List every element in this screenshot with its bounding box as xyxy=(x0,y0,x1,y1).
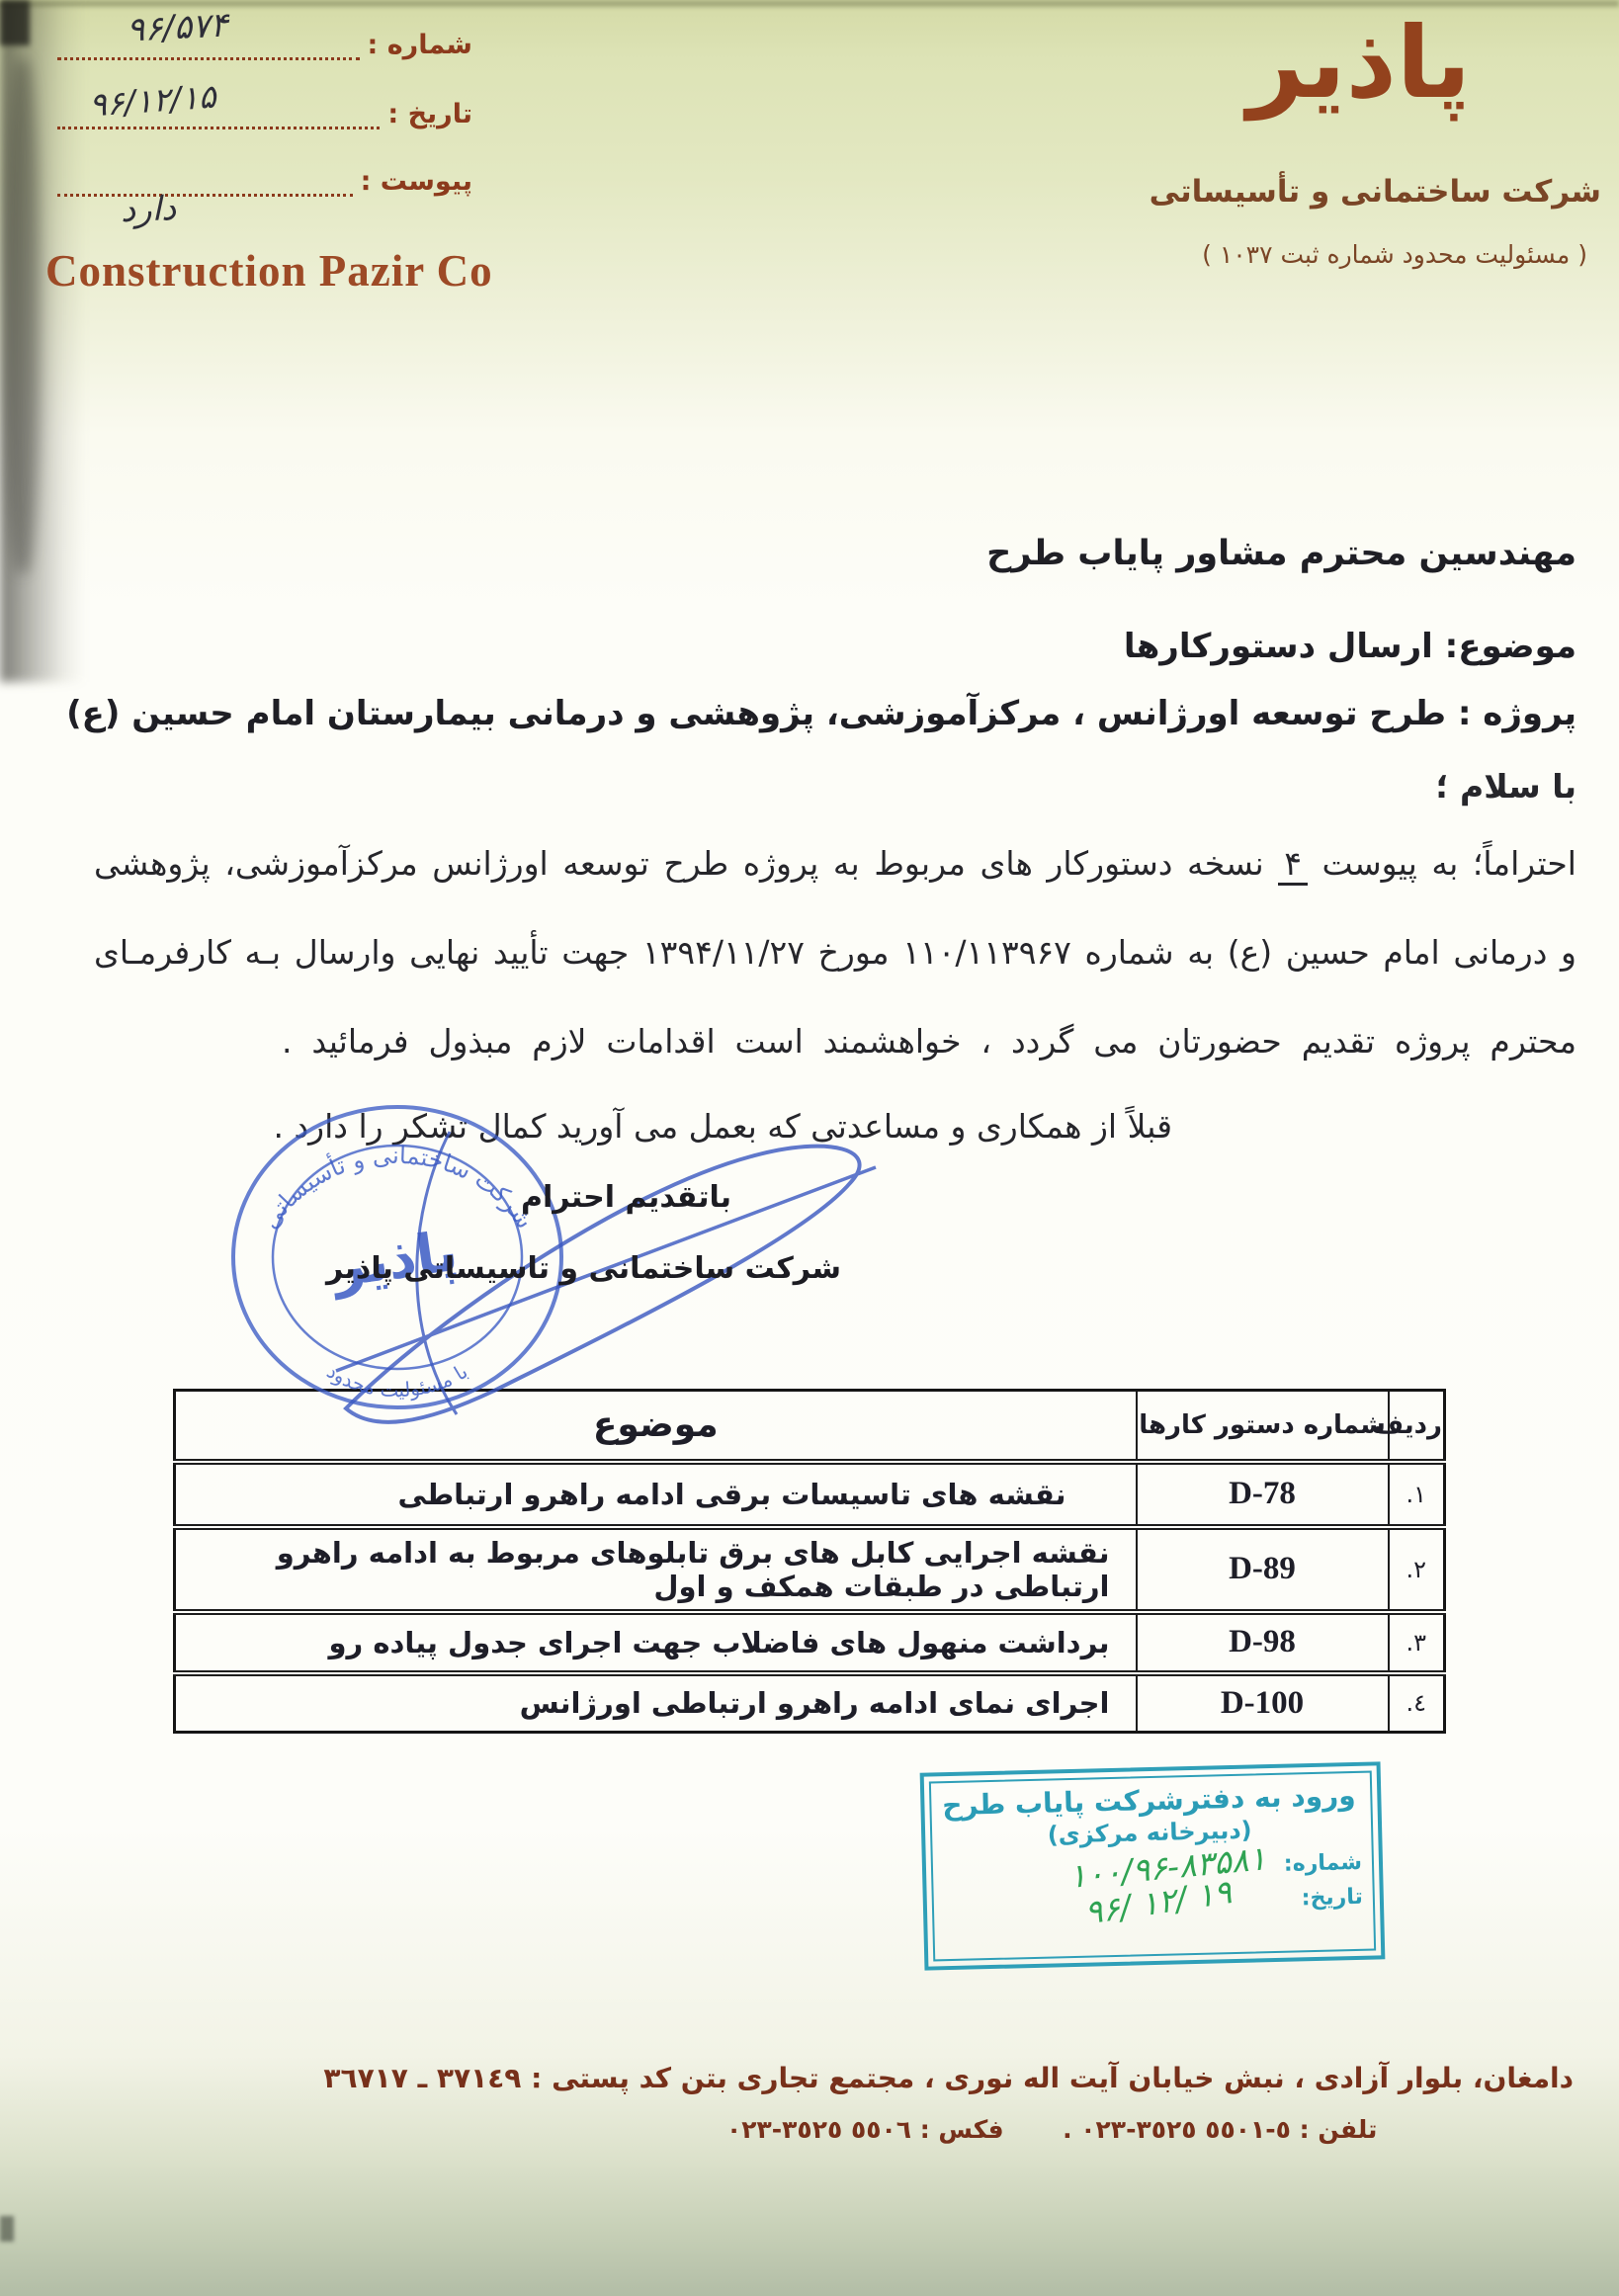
col-header-row-number: ردیف xyxy=(1389,1391,1445,1462)
subject-cell: برداشت منهول های فاضلاب جهت اجرای جدول پ… xyxy=(175,1612,1137,1673)
table-row: ۳. D-98 برداشت منهول های فاضلاب جهت اجرا… xyxy=(175,1612,1445,1673)
receipt-entry-stamp: ورود به دفترشرکت پایاب طرح (دبیرخانه مرک… xyxy=(920,1761,1386,1970)
number-handwritten-value: ۹۶/۵۷۴ xyxy=(126,5,229,49)
receipt-stamp-inner-border: ورود به دفترشرکت پایاب طرح (دبیرخانه مرک… xyxy=(929,1771,1376,1962)
footer-phone: تلفن : ٥-٥٥٠١ ٣٥٢٥-٠٢٣ . xyxy=(1063,2115,1377,2144)
company-logo-farsi: پاذیر xyxy=(1247,14,1471,113)
table-row: ۱. D-78 نقشه های تاسیسات برقی ادامه راهر… xyxy=(175,1462,1445,1527)
order-number-cell: D-89 xyxy=(1137,1527,1389,1612)
scanned-letter-page: شماره : ۹۶/۵۷۴ تاریخ : ۹۶/۱۲/۱۵ پیوست : … xyxy=(0,0,1619,2296)
row-number-cell: ۱. xyxy=(1389,1462,1445,1527)
body-line-3: محترم پروژه تقدیم حضورتان می گردد ، خواه… xyxy=(282,1022,1576,1061)
attachment-handwritten-value: دارد xyxy=(120,189,177,230)
number-label: شماره : xyxy=(368,30,472,60)
order-number-cell: D-100 xyxy=(1137,1673,1389,1733)
subject-line: موضوع: ارسال دستورکارها xyxy=(1124,627,1576,666)
scan-corner-artifact xyxy=(0,0,30,45)
recipient-line: مهندسین محترم مشاور پایاب طرح xyxy=(986,534,1576,573)
footer-address: دامغان، بلوار آزادی ، نبش خیابان آیت اله… xyxy=(323,2062,1574,2094)
closing-respect-line: باتقدیم احترام xyxy=(521,1180,731,1215)
subject-cell: نقشه اجرایی کابل های برق تابلوهای مربوط … xyxy=(175,1527,1137,1612)
order-number-cell: D-78 xyxy=(1137,1462,1389,1527)
company-registration-line: ( مسئولیت محدود شماره ثبت ۱۰۳۷ ) xyxy=(1202,240,1587,269)
company-name-line: شرکت ساختمانی و تأسیساتی xyxy=(1150,174,1601,210)
scan-speck-artifact xyxy=(0,2216,14,2242)
col-header-order-number: شماره دستور کارها xyxy=(1137,1391,1389,1462)
project-line: پروژه : طرح توسعه اورژانس ، مرکزآموزشی، … xyxy=(66,694,1576,733)
company-name-english: Construction Pazir Co xyxy=(45,245,493,297)
receipt-date-label: تاریخ: xyxy=(1301,1885,1363,1912)
table-row: ۲. D-89 نقشه اجرایی کابل های برق تابلوها… xyxy=(175,1527,1445,1612)
dotted-line xyxy=(57,176,353,197)
subject-cell: اجرای نمای ادامه راهرو ارتباطی اورژانس xyxy=(175,1673,1137,1733)
body-line-2: و درمانی امام حسین (ع) به شماره ۱۱۰/۱۱۳۹… xyxy=(94,933,1576,972)
body-line-1-start: احتراماً؛ به پیوست xyxy=(1322,844,1576,883)
footer-phone-fax: تلفن : ٥-٥٥٠١ ٣٥٢٥-٠٢٣ . فکس : ٥٥٠٦ ٣٥٢٥… xyxy=(726,2115,1377,2144)
row-number-cell: ۳. xyxy=(1389,1612,1445,1673)
table-row: ٤. D-100 اجرای نمای ادامه راهرو ارتباطی … xyxy=(175,1673,1445,1733)
row-number-cell: ۲. xyxy=(1389,1527,1445,1612)
row-number-cell: ٤. xyxy=(1389,1673,1445,1733)
receipt-number-label: شماره: xyxy=(1284,1850,1363,1877)
salutation-line: با سلام ؛ xyxy=(1435,767,1576,806)
body-line-1: احتراماً؛ به پیوست ۴ نسخه دستورکار های م… xyxy=(94,844,1576,883)
date-label: تاریخ : xyxy=(387,99,472,129)
stamp-ring-text: شرکت ساختمانی و تأسیساتی xyxy=(256,1142,539,1233)
scan-left-smudge-artifact xyxy=(6,59,40,573)
svg-text:شرکت ساختمانی و تأسیساتی: شرکت ساختمانی و تأسیساتی xyxy=(256,1142,539,1233)
subject-cell: نقشه های تاسیسات برقی ادامه راهرو ارتباط… xyxy=(175,1462,1137,1527)
body-line-1-rest: نسخه دستورکار های مربوط به پروژه طرح توس… xyxy=(94,844,1264,883)
attachment-label: پیوست : xyxy=(361,166,472,197)
copies-count-underlined: ۴ xyxy=(1278,844,1308,886)
closing-company-line: شرکت ساختمانی و تاسیساتی پاذیر xyxy=(326,1251,841,1286)
field-number: شماره : xyxy=(57,30,472,60)
footer-fax: فکس : ٥٥٠٦ ٣٥٢٥-٠٢٣ xyxy=(726,2115,1004,2144)
order-number-cell: D-98 xyxy=(1137,1612,1389,1673)
